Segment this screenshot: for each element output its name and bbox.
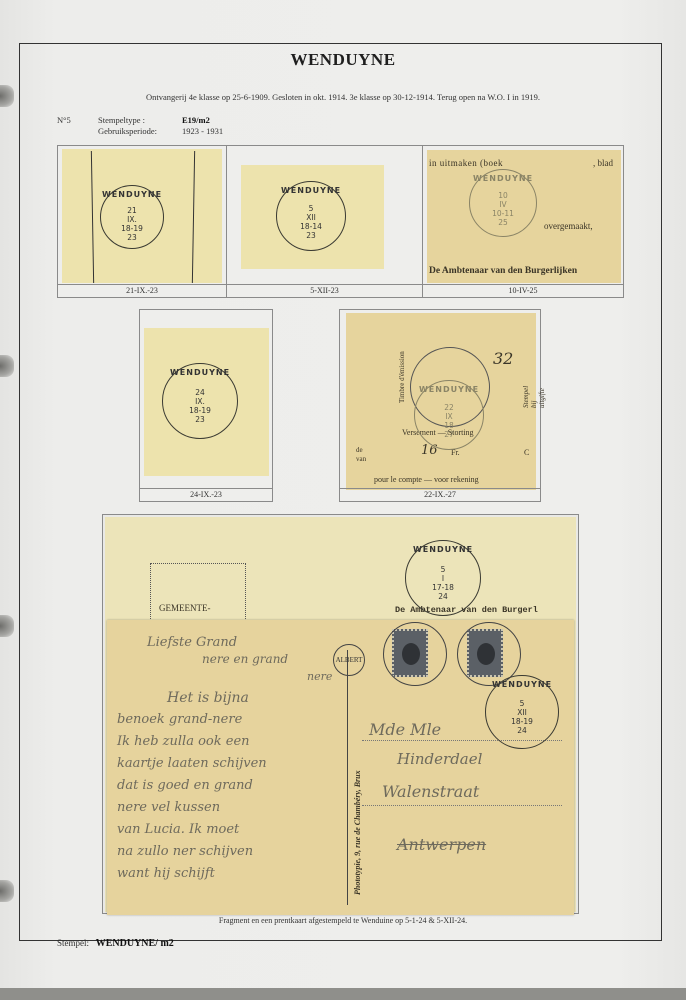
- postmark-on-stamp: [383, 622, 447, 686]
- item-cell: Timbre d'émission Stempel bij uitgifte V…: [339, 309, 541, 502]
- binder-ring: [0, 880, 14, 902]
- footer-value: WENDUYNE/ m2: [96, 938, 174, 949]
- postmark: WENDUYNE 5I17-1824: [405, 540, 481, 616]
- footer-stamp-line: Stempel: WENDUYNE/ m2: [57, 938, 174, 949]
- postmark: WENDUYNE 22IX1827: [414, 380, 484, 450]
- footer-label: Stempel:: [57, 938, 89, 948]
- catalog-number: N°5: [57, 115, 71, 125]
- binder-ring: [0, 355, 14, 377]
- stamp-type-label: Stempeltype :: [98, 115, 145, 125]
- history-note: Ontvangerij 4e klasse op 25-6-1909. Gesl…: [0, 92, 686, 102]
- item-caption: 24-IX.-23: [140, 488, 272, 501]
- money-order-fragment: Timbre d'émission Stempel bij uitgifte V…: [346, 313, 536, 490]
- item-caption: 10-IV-25: [423, 284, 623, 297]
- cover-fragment: WENDUYNE 21IX.18-1923: [62, 149, 222, 283]
- binder-ring: [0, 615, 14, 637]
- postmark: WENDUYNE 24IX.18-1923: [162, 363, 238, 439]
- item-caption: 5-XII-23: [227, 284, 422, 297]
- usage-period-label: Gebruiksperiode:: [98, 126, 157, 136]
- publisher-imprint: Phototypie, 9, rue de Chambéry, Brux: [353, 770, 362, 895]
- item-cell: WENDUYNE 5XII18-1423 5-XII-23: [226, 145, 423, 298]
- cover-fragment: WENDUYNE 5XII18-1423: [241, 165, 384, 269]
- postmark: WENDUYNE 5XII18-1924: [485, 675, 559, 749]
- item-cell: WENDUYNE 24IX.18-1923 24-IX.-23: [139, 309, 273, 502]
- postmark: WENDUYNE 21IX.18-1923: [100, 185, 164, 249]
- postmark: WENDUYNE 5XII18-1423: [276, 181, 346, 251]
- composite-caption: Fragment en een prentkaart afgestempeld …: [0, 916, 686, 925]
- item-caption: 22-IX.-27: [340, 488, 540, 501]
- item-cell: in uitmaken (boek , blad overgemaakt, De…: [422, 145, 624, 298]
- usage-period-value: 1923 - 1931: [182, 126, 223, 136]
- binder-edge: [0, 988, 686, 1000]
- postcard: Phototypie, 9, rue de Chambéry, Brux ALB…: [107, 620, 574, 915]
- document-fragment: in uitmaken (boek , blad overgemaakt, De…: [427, 150, 621, 283]
- page-title: WENDUYNE: [0, 50, 686, 70]
- item-cell: WENDUYNE 21IX.18-1923 21-IX.-23: [57, 145, 227, 298]
- albert-logo: ALBERT: [333, 644, 365, 676]
- item-caption: 21-IX.-23: [58, 284, 226, 297]
- cover-fragment: WENDUYNE 24IX.18-1923: [144, 328, 269, 476]
- composite-cell: GEMEENTE- De Ambtenaar van den Burgerl W…: [102, 514, 579, 914]
- postmark: WENDUYNE 10IV10-1125: [469, 169, 537, 237]
- stamp-type-value: E19/m2: [182, 115, 210, 125]
